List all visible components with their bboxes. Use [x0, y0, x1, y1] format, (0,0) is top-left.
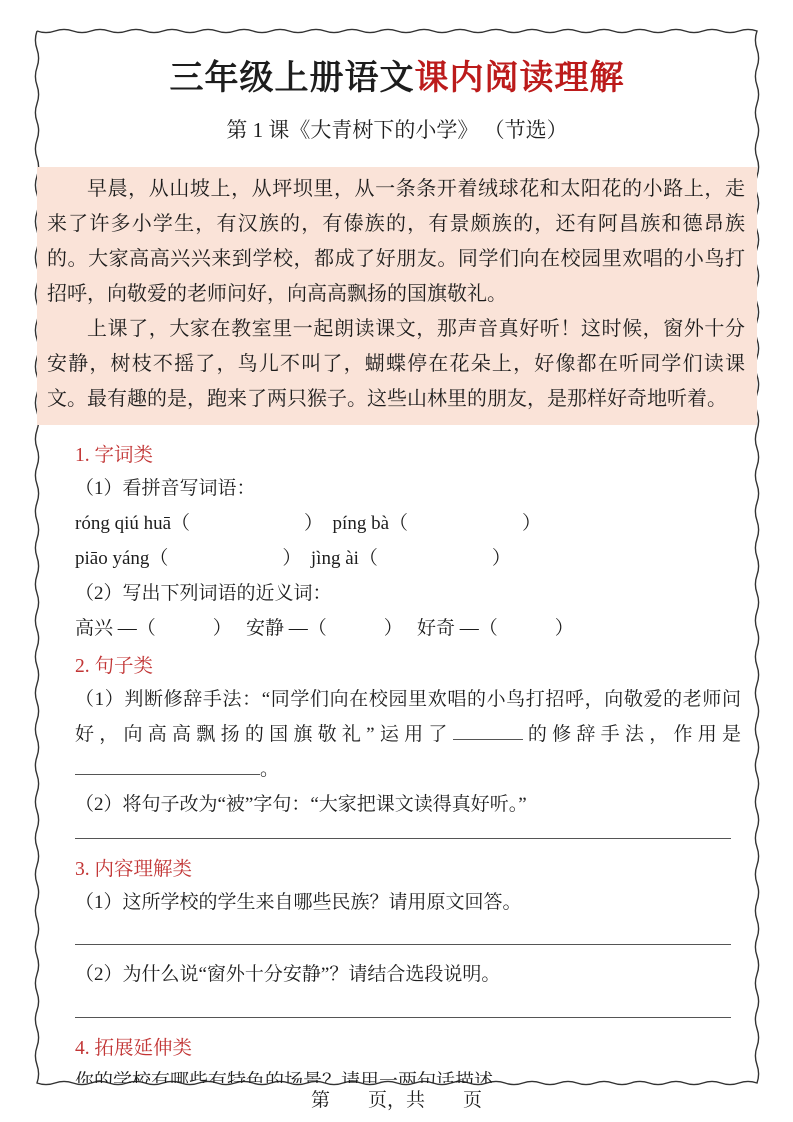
synonyms-row: 高兴 —（ ） 安静 —（ ） 好奇 —（ ） [75, 611, 741, 646]
passage-block: 早晨，从山坡上，从坪坝里，从一条条开着绒球花和太阳花的小路上，走来了许多小学生，… [37, 167, 757, 425]
answer-line [75, 838, 731, 839]
section-heading-extension: 4. 拓展延伸类 [75, 1034, 741, 1064]
title-black-part: 三年级上册语文 [170, 60, 415, 97]
question-s1-1: （1）看拼音写词语： [75, 471, 741, 506]
question-s1-2: （2）写出下列词语的近义词： [75, 576, 741, 611]
page-title: 三年级上册语文课内阅读理解 [37, 31, 757, 101]
passage-paragraph-2: 上课了，大家在教室里一起朗读课文，那声音真好听！这时候，窗外十分安静，树枝不摇了… [47, 312, 745, 417]
questions-area: 1. 字词类 （1）看拼音写词语： róng qiú huā（ ） píng b… [37, 441, 757, 1083]
section-heading-sentences: 2. 句子类 [75, 652, 741, 682]
answer-line [75, 944, 731, 945]
answer-line [75, 1017, 731, 1018]
fill-in-blank-long [75, 755, 260, 775]
fill-in-blank-short [453, 720, 523, 740]
question-s3-1: （1）这所学校的学生来自哪些民族？请用原文回答。 [75, 885, 741, 920]
title-red-part: 课内阅读理解 [415, 60, 625, 97]
question-s2-2: （2）将句子改为“被”字句：“大家把课文读得真好听。” [75, 787, 741, 822]
pinyin-row-1: róng qiú huā（ ） píng bà（ ） [75, 506, 741, 541]
question-s2-1-text-b: 的修辞手法，作用是 [523, 724, 741, 745]
section-heading-comprehension: 3. 内容理解类 [75, 855, 741, 885]
page-content: 三年级上册语文课内阅读理解 第 1 课《大青树下的小学》 （节选） 早晨，从山坡… [37, 31, 757, 1083]
pinyin-row-2: piāo yáng（ ） jìng ài（ ） [75, 541, 741, 576]
question-s2-1: （1）判断修辞手法：“同学们向在校园里欢唱的小鸟打招呼，向敬爱的老师问好，向高高… [75, 682, 741, 787]
page-number-footer: 第 页，共 页 [0, 1088, 793, 1114]
section-heading-words: 1. 字词类 [75, 441, 741, 471]
question-s4-1: 你的学校有哪些有特色的场景？请用一两句话描述。 [75, 1064, 741, 1083]
question-s2-1-text-c: 。 [260, 759, 279, 780]
lesson-subtitle: 第 1 课《大青树下的小学》 （节选） [37, 115, 757, 145]
worksheet-page: { "colors": { "accent-red": "#bc1b1b", "… [0, 0, 793, 1122]
question-s3-2: （2）为什么说“窗外十分安静”？请结合选段说明。 [75, 957, 741, 992]
passage-paragraph-1: 早晨，从山坡上，从坪坝里，从一条条开着绒球花和太阳花的小路上，走来了许多小学生，… [47, 172, 745, 312]
